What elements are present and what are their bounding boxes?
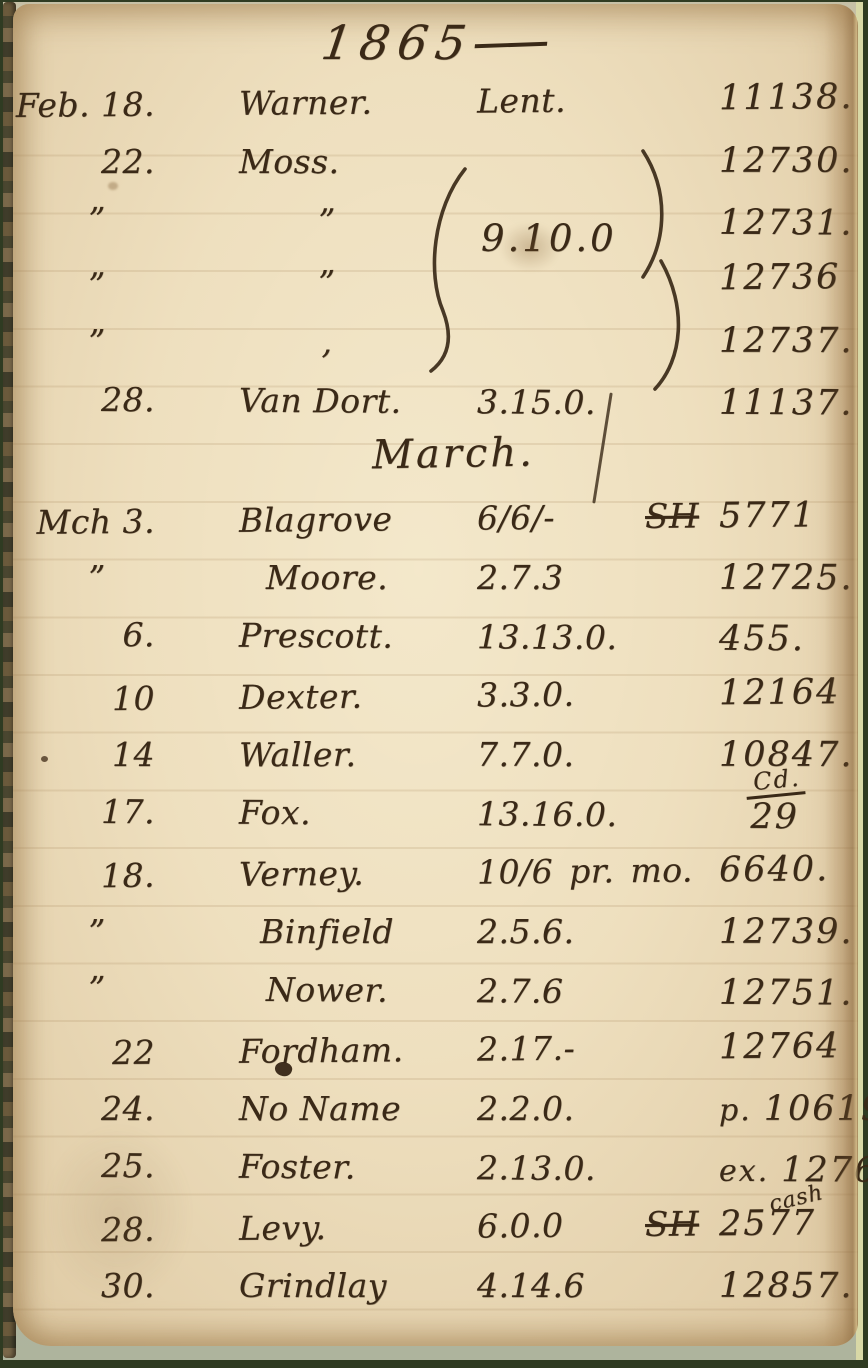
ledger-row: ” ” 12731. <box>13 188 858 253</box>
ledger-row: ” ” 12736 <box>13 247 859 315</box>
number-text: 12769 <box>781 1150 868 1191</box>
entry-amount <box>473 278 705 280</box>
ledger-row: 14 Waller. 7.7.0. 10847. <box>13 725 858 784</box>
entry-amount: 2.7.6 <box>473 971 705 1011</box>
foxing-speck <box>41 756 48 762</box>
entry-amount: 2.7.3 <box>473 558 705 597</box>
entry-amount: 10/6 pr. mo. <box>473 850 705 891</box>
entry-amount: 13.13.0. <box>473 617 705 657</box>
entry-name: Moss. <box>181 142 473 181</box>
entry-date-ditto: ” <box>13 199 181 239</box>
ledger-row: 22. Moss. 12730. <box>13 131 858 191</box>
number-with-superscript: Cd. 29 <box>745 766 805 837</box>
entry-name-ditto: ” <box>181 200 473 241</box>
entry-date: 18. <box>13 855 181 896</box>
entry-name: Levy. <box>181 1207 473 1249</box>
entry-date: Feb. 18. <box>13 84 181 125</box>
entry-name: Fordham. <box>181 1030 473 1072</box>
entry-name: No Name <box>181 1089 473 1128</box>
entry-amount: 2.17.- <box>473 1027 705 1068</box>
ledger-row: 22 Fordham. 2.17.- 12764 <box>13 1016 859 1083</box>
ledger-row: 6. Prescott. 13.13.0. 455. <box>13 604 858 668</box>
entry-amount: 3.15.0. <box>473 382 705 422</box>
entry-date: 6. <box>13 614 181 654</box>
entry-number: 455. <box>705 618 858 659</box>
year-text: 1865 <box>318 16 477 71</box>
struck-initials: SH <box>645 1204 699 1245</box>
ledger-row: Feb. 18. Warner. Lent. 11138. <box>13 67 859 135</box>
entry-amount: 13.16.0. <box>473 794 705 834</box>
entry-number: 12739. <box>705 912 858 952</box>
entry-amount: 3.3.0. <box>473 673 705 714</box>
entry-name: Binfield <box>181 912 473 951</box>
number-text: 29 <box>750 797 799 837</box>
entry-amount: 7.7.0. <box>473 735 705 774</box>
entry-name: Grindlay <box>181 1266 473 1305</box>
entry-name-ditto: ” <box>181 261 473 303</box>
entry-number: 11137. <box>705 383 858 424</box>
entry-name-ditto: , <box>181 322 473 361</box>
entry-name: Foster. <box>181 1146 473 1187</box>
entry-date-ditto: ” <box>13 968 181 1008</box>
paper-stain <box>43 1124 193 1304</box>
entry-amount: 2.13.0. <box>473 1148 705 1188</box>
entry-number: 12857. <box>705 1266 858 1306</box>
entry-date: 28. <box>13 379 181 419</box>
entry-name: Fox. <box>181 792 473 833</box>
entry-name: Waller. <box>181 735 473 774</box>
ledger-row: 17. Fox. 13.16.0. Cd. 29 <box>13 781 858 845</box>
title-flourish <box>475 42 548 49</box>
entry-date-ditto: ” <box>13 558 181 597</box>
foxing-speck <box>108 182 118 190</box>
entry-number: p.10619. <box>705 1089 868 1129</box>
amount-text: 6/6/- <box>477 498 555 538</box>
entry-name: Prescott. <box>181 615 473 656</box>
entry-number: 12736 <box>705 257 858 298</box>
entry-number: 2577 <box>705 1202 858 1243</box>
entry-amount: 2.5.6. <box>473 912 705 951</box>
entry-name: Dexter. <box>181 676 473 718</box>
entry-amount: 2.2.0. <box>473 1089 705 1128</box>
entry-amount: Lent. <box>473 79 705 120</box>
entry-date: 22. <box>13 142 181 181</box>
entry-date: 24. <box>13 1089 181 1128</box>
entry-number: 6640. <box>705 848 858 889</box>
ledger-row: ” Binfield 2.5.6. 12739. <box>13 902 858 961</box>
ledger-row: Mch 3. Blagrove 6/6/- SH 5771 <box>13 485 859 552</box>
entry-number: 12731. <box>705 203 858 244</box>
entry-number: 11138. <box>705 77 858 118</box>
ledger-row: ” , 12737. <box>13 311 858 371</box>
ledger-row: ” Nower. 2.7.6 12751. <box>13 958 858 1022</box>
entry-number: 12164 <box>705 671 858 712</box>
entry-date: 14 <box>13 735 181 774</box>
ledger-row: 28. Van Dort. 3.15.0. 11137. <box>13 368 858 433</box>
number-prefix: p. <box>719 1093 752 1128</box>
entry-name: Moore. <box>181 558 473 597</box>
entry-date: 22 <box>13 1032 181 1073</box>
entry-number: 12725. <box>705 558 858 598</box>
entry-date-ditto: ” <box>13 264 181 305</box>
entry-date-ditto: ” <box>13 912 181 951</box>
ledger-page: 1865 Feb. 18. Warner. Lent. 11138. 22. M… <box>13 4 858 1346</box>
ledger-row: ” Moore. 2.7.3 12725. <box>13 548 858 607</box>
february-section: Feb. 18. Warner. Lent. 11138. 22. Moss. … <box>13 71 858 431</box>
entry-name: Warner. <box>181 81 473 123</box>
entry-date: 17. <box>13 791 181 831</box>
entry-date-ditto: ” <box>13 322 181 361</box>
entry-number: 12764 <box>705 1025 858 1066</box>
entry-number: 12730. <box>705 141 858 181</box>
entry-number: ex.12769 cash <box>705 1149 868 1190</box>
entry-date: 10 <box>13 678 181 719</box>
entry-number: 5771 <box>705 494 858 535</box>
entry-number: 12737. <box>705 321 858 361</box>
number-prefix: ex. <box>719 1153 769 1188</box>
ledger-row: 18. Verney. 10/6 pr. mo. 6640. <box>13 839 859 906</box>
entry-amount: 6.0.0 SH <box>473 1204 705 1246</box>
entry-number: Cd. 29 <box>705 794 858 838</box>
ink-stain <box>499 222 561 272</box>
entry-name: Verney. <box>181 853 473 895</box>
entry-amount: 6/6/- SH <box>473 496 705 538</box>
ledger-row: 10 Dexter. 3.3.0. 12164 <box>13 662 859 729</box>
entry-date: Mch 3. <box>13 501 181 542</box>
struck-initials: SH <box>645 496 699 537</box>
entry-name: Nower. <box>181 969 473 1010</box>
number-text: 10619. <box>764 1089 868 1129</box>
entry-amount: 4.14.6 <box>473 1266 705 1305</box>
ledger-reference-note: Cd. <box>744 763 806 800</box>
entry-name: Blagrove <box>181 499 473 541</box>
amount-text: 6.0.0 <box>477 1206 564 1246</box>
entry-number: 12751. <box>705 972 858 1013</box>
entry-name: Van Dort. <box>181 380 473 421</box>
year-heading: 1865 <box>8 4 862 71</box>
